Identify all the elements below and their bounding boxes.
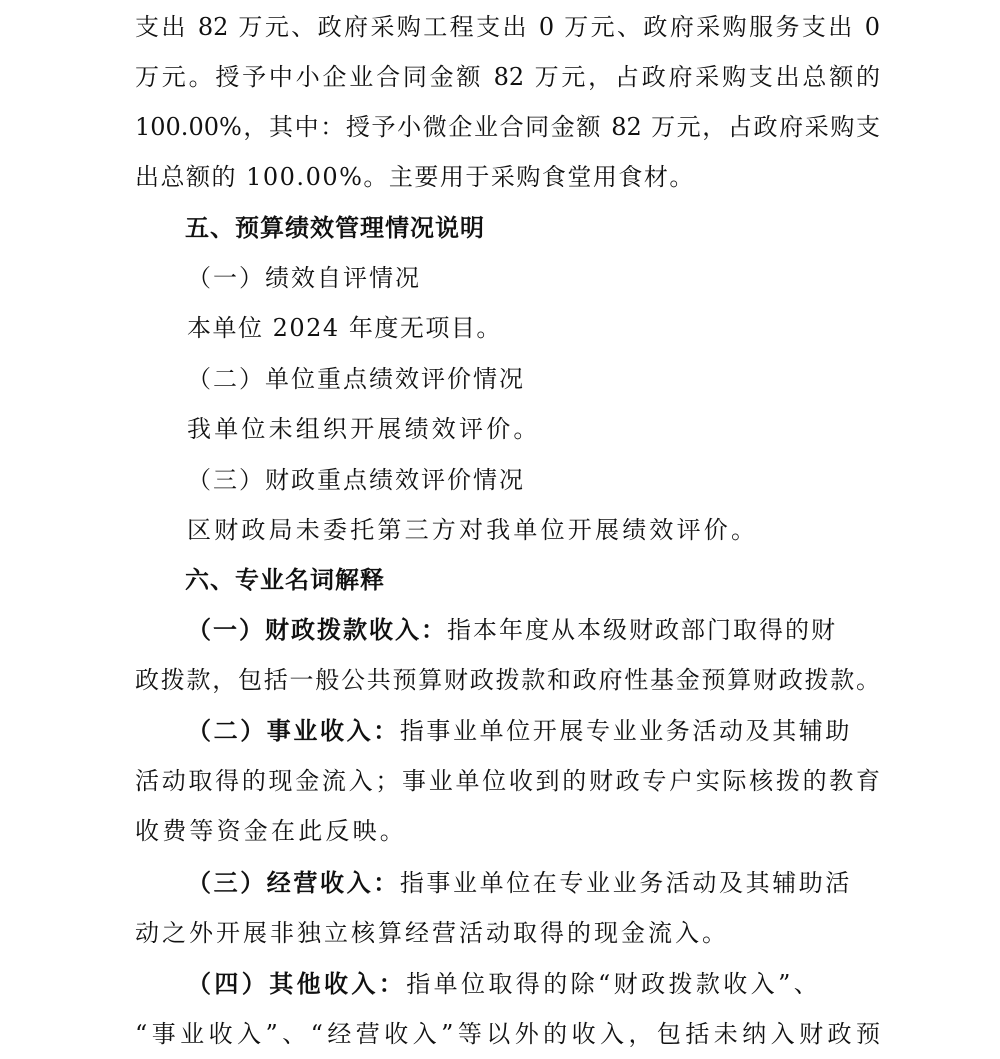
- term-definition: 指事业单位开展专业业务活动及其辅助: [400, 717, 852, 745]
- term-definition: 指单位取得的除“财政拨款收入”、: [406, 970, 821, 998]
- body-text: 区财政局未委托第三方对我单位开展绩效评价。: [187, 513, 758, 547]
- term-definition: 指事业单位在专业业务活动及其辅助活: [400, 869, 852, 897]
- subsection-heading: （三）财政重点绩效评价情况: [187, 463, 525, 497]
- section-heading-6: 六、专业名词解释: [185, 563, 385, 597]
- term-definition-line: 政拨款，包括一般公共预算财政拨款和政府性基金预算财政拨款。: [135, 663, 880, 697]
- term-label: （四）其他收入：: [187, 969, 406, 998]
- term-label: （三）经营收入：: [187, 868, 400, 897]
- paragraph-line: 支出 82 万元、政府采购工程支出 0 万元、政府采购服务支出 0: [135, 10, 880, 44]
- term-first-line: （三）经营收入：指事业单位在专业业务活动及其辅助活: [187, 866, 852, 900]
- body-text: 本单位 2024 年度无项目。: [187, 311, 502, 345]
- paragraph-line: 出总额的 100.00%。主要用于采购食堂用食材。: [135, 160, 695, 194]
- section-heading-5: 五、预算绩效管理情况说明: [185, 211, 485, 245]
- term-first-line: （四）其他收入：指单位取得的除“财政拨款收入”、: [187, 967, 821, 1001]
- term-first-line: （一）财政拨款收入：指本年度从本级财政部门取得的财: [187, 613, 880, 647]
- term-definition-line: 活动取得的现金流入；事业单位收到的财政专户实际核拨的教育: [135, 764, 880, 798]
- subsection-heading: （一）绩效自评情况: [187, 261, 421, 295]
- paragraph-line: 100.00%，其中：授予小微企业合同金额 82 万元，占政府采购支: [135, 110, 880, 144]
- subsection-heading: （二）单位重点绩效评价情况: [187, 362, 525, 396]
- term-first-line: （二）事业收入：指事业单位开展专业业务活动及其辅助: [187, 714, 852, 748]
- body-text: 我单位未组织开展绩效评价。: [187, 412, 541, 446]
- term-label: （二）事业收入：: [187, 716, 400, 745]
- paragraph-line: 万元。授予中小企业合同金额 82 万元，占政府采购支出总额的: [135, 60, 880, 94]
- term-label: （一）财政拨款收入：: [187, 615, 447, 644]
- term-definition-line: 收费等资金在此反映。: [135, 814, 407, 848]
- term-definition-line: 动之外开展非独立核算经营活动取得的现金流入。: [135, 916, 729, 950]
- term-definition: 指本年度从本级财政部门取得的财: [447, 616, 837, 644]
- term-definition-line: “事业收入”、“经营收入”等以外的收入，包括未纳入财政预: [135, 1017, 880, 1051]
